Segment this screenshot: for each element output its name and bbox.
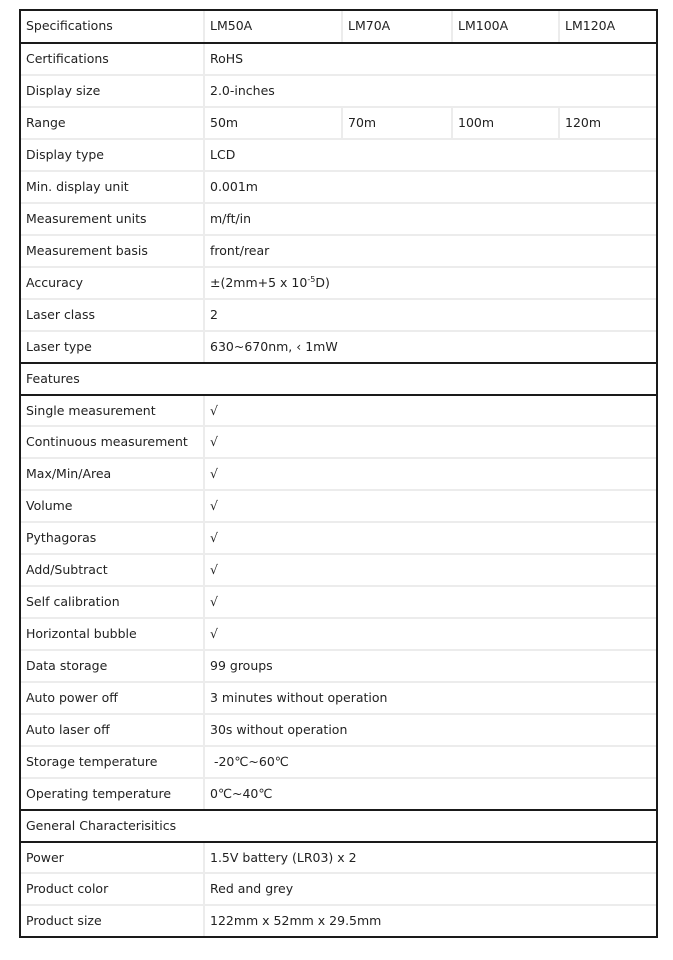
table-row: Auto power off3 minutes without operatio… (21, 681, 656, 713)
header-model-lm100a: LM100A (453, 11, 560, 42)
row-label: Operating temperature (21, 779, 205, 809)
general-rows: Power1.5V battery (LR03) x 2Product colo… (21, 841, 656, 936)
row-label: Display size (21, 76, 205, 106)
row-value: LCD (205, 140, 656, 170)
range-lm70a: 70m (343, 108, 453, 138)
row-label: Storage temperature (21, 747, 205, 777)
section-title: Features (21, 364, 656, 394)
table-row: Product size122mm x 52mm x 29.5mm (21, 904, 656, 936)
row-label: Auto power off (21, 683, 205, 713)
row-label: Max/Min/Area (21, 459, 205, 489)
table-row: Storage temperature -20℃~60℃ (21, 745, 656, 777)
row-label: Measurement units (21, 204, 205, 234)
row-label: Horizontal bubble (21, 619, 205, 649)
row-value: -20℃~60℃ (205, 747, 656, 777)
table-row-accuracy: Accuracy ±(2mm+5 x 10-5D) (21, 266, 656, 298)
table-row: Product colorRed and grey (21, 872, 656, 904)
row-value: 0.001m (205, 172, 656, 202)
table-row: Add/Subtract√ (21, 553, 656, 585)
row-value: 30s without operation (205, 715, 656, 745)
table-row: Operating temperature0℃~40℃ (21, 777, 656, 809)
row-value: 2.0-inches (205, 76, 656, 106)
table-row: Display size 2.0-inches (21, 74, 656, 106)
row-value: RoHS (205, 44, 656, 74)
row-value: 99 groups (205, 651, 656, 681)
row-value: 2 (205, 300, 656, 330)
row-label: Laser class (21, 300, 205, 330)
row-label: Product size (21, 906, 205, 936)
check-icon: √ (205, 523, 656, 553)
row-label: Pythagoras (21, 523, 205, 553)
check-icon: √ (205, 459, 656, 489)
range-lm100a: 100m (453, 108, 560, 138)
check-icon: √ (205, 491, 656, 521)
table-row: Min. display unit 0.001m (21, 170, 656, 202)
check-icon: √ (205, 555, 656, 585)
table-row: Measurement units m/ft/in (21, 202, 656, 234)
table-row: Volume√ (21, 489, 656, 521)
row-value: front/rear (205, 236, 656, 266)
row-label: Volume (21, 491, 205, 521)
accuracy-suffix: D) (315, 275, 330, 290)
row-label: Display type (21, 140, 205, 170)
check-icon: √ (205, 619, 656, 649)
accuracy-prefix: ±(2mm+5 x 10 (210, 275, 307, 290)
check-icon: √ (205, 396, 656, 425)
table-row: Power1.5V battery (LR03) x 2 (21, 841, 656, 872)
table-row: Auto laser off30s without operation (21, 713, 656, 745)
row-value: 1.5V battery (LR03) x 2 (205, 843, 656, 872)
row-label: Range (21, 108, 205, 138)
row-label: Single measurement (21, 396, 205, 425)
table-row-range: Range 50m 70m 100m 120m (21, 106, 656, 138)
row-label: Continuous measurement (21, 427, 205, 457)
section-header-general: General Characterisitics (21, 809, 656, 841)
header-model-lm70a: LM70A (343, 11, 453, 42)
row-label: Add/Subtract (21, 555, 205, 585)
row-label: Self calibration (21, 587, 205, 617)
row-label: Auto laser off (21, 715, 205, 745)
section-title: General Characterisitics (21, 811, 656, 841)
table-row: Max/Min/Area√ (21, 457, 656, 489)
table-row: Data storage99 groups (21, 649, 656, 681)
row-value: 3 minutes without operation (205, 683, 656, 713)
header-label: Specifications (21, 11, 205, 42)
range-lm120a: 120m (560, 108, 656, 138)
row-label: Laser type (21, 332, 205, 362)
row-label: Measurement basis (21, 236, 205, 266)
table-header-row: Specifications LM50A LM70A LM100A LM120A (21, 11, 656, 42)
row-label: Min. display unit (21, 172, 205, 202)
row-label: Product color (21, 874, 205, 904)
check-icon: √ (205, 587, 656, 617)
table-row: Laser class 2 (21, 298, 656, 330)
check-icon: √ (205, 427, 656, 457)
accuracy-value: ±(2mm+5 x 10-5D) (205, 268, 656, 298)
table-row: Display type LCD (21, 138, 656, 170)
row-label: Certifications (21, 44, 205, 74)
table-row: Certifications RoHS (21, 42, 656, 74)
table-row: Horizontal bubble√ (21, 617, 656, 649)
row-value: 0℃~40℃ (205, 779, 656, 809)
row-value: 122mm x 52mm x 29.5mm (205, 906, 656, 936)
range-lm50a: 50m (205, 108, 343, 138)
header-model-lm120a: LM120A (560, 11, 656, 42)
table-row: Laser type 630~670nm, ‹ 1mW (21, 330, 656, 362)
row-label: Data storage (21, 651, 205, 681)
header-model-lm50a: LM50A (205, 11, 343, 42)
row-value: m/ft/in (205, 204, 656, 234)
table-row: Self calibration√ (21, 585, 656, 617)
row-value: Red and grey (205, 874, 656, 904)
spec-table: Specifications LM50A LM70A LM100A LM120A… (19, 9, 658, 938)
row-label: Power (21, 843, 205, 872)
features-rows: Single measurement√Continuous measuremen… (21, 394, 656, 809)
table-row: Measurement basis front/rear (21, 234, 656, 266)
section-header-features: Features (21, 362, 656, 394)
row-label: Accuracy (21, 268, 205, 298)
row-value: 630~670nm, ‹ 1mW (205, 332, 656, 362)
table-row: Single measurement√ (21, 394, 656, 425)
table-row: Continuous measurement√ (21, 425, 656, 457)
table-row: Pythagoras√ (21, 521, 656, 553)
